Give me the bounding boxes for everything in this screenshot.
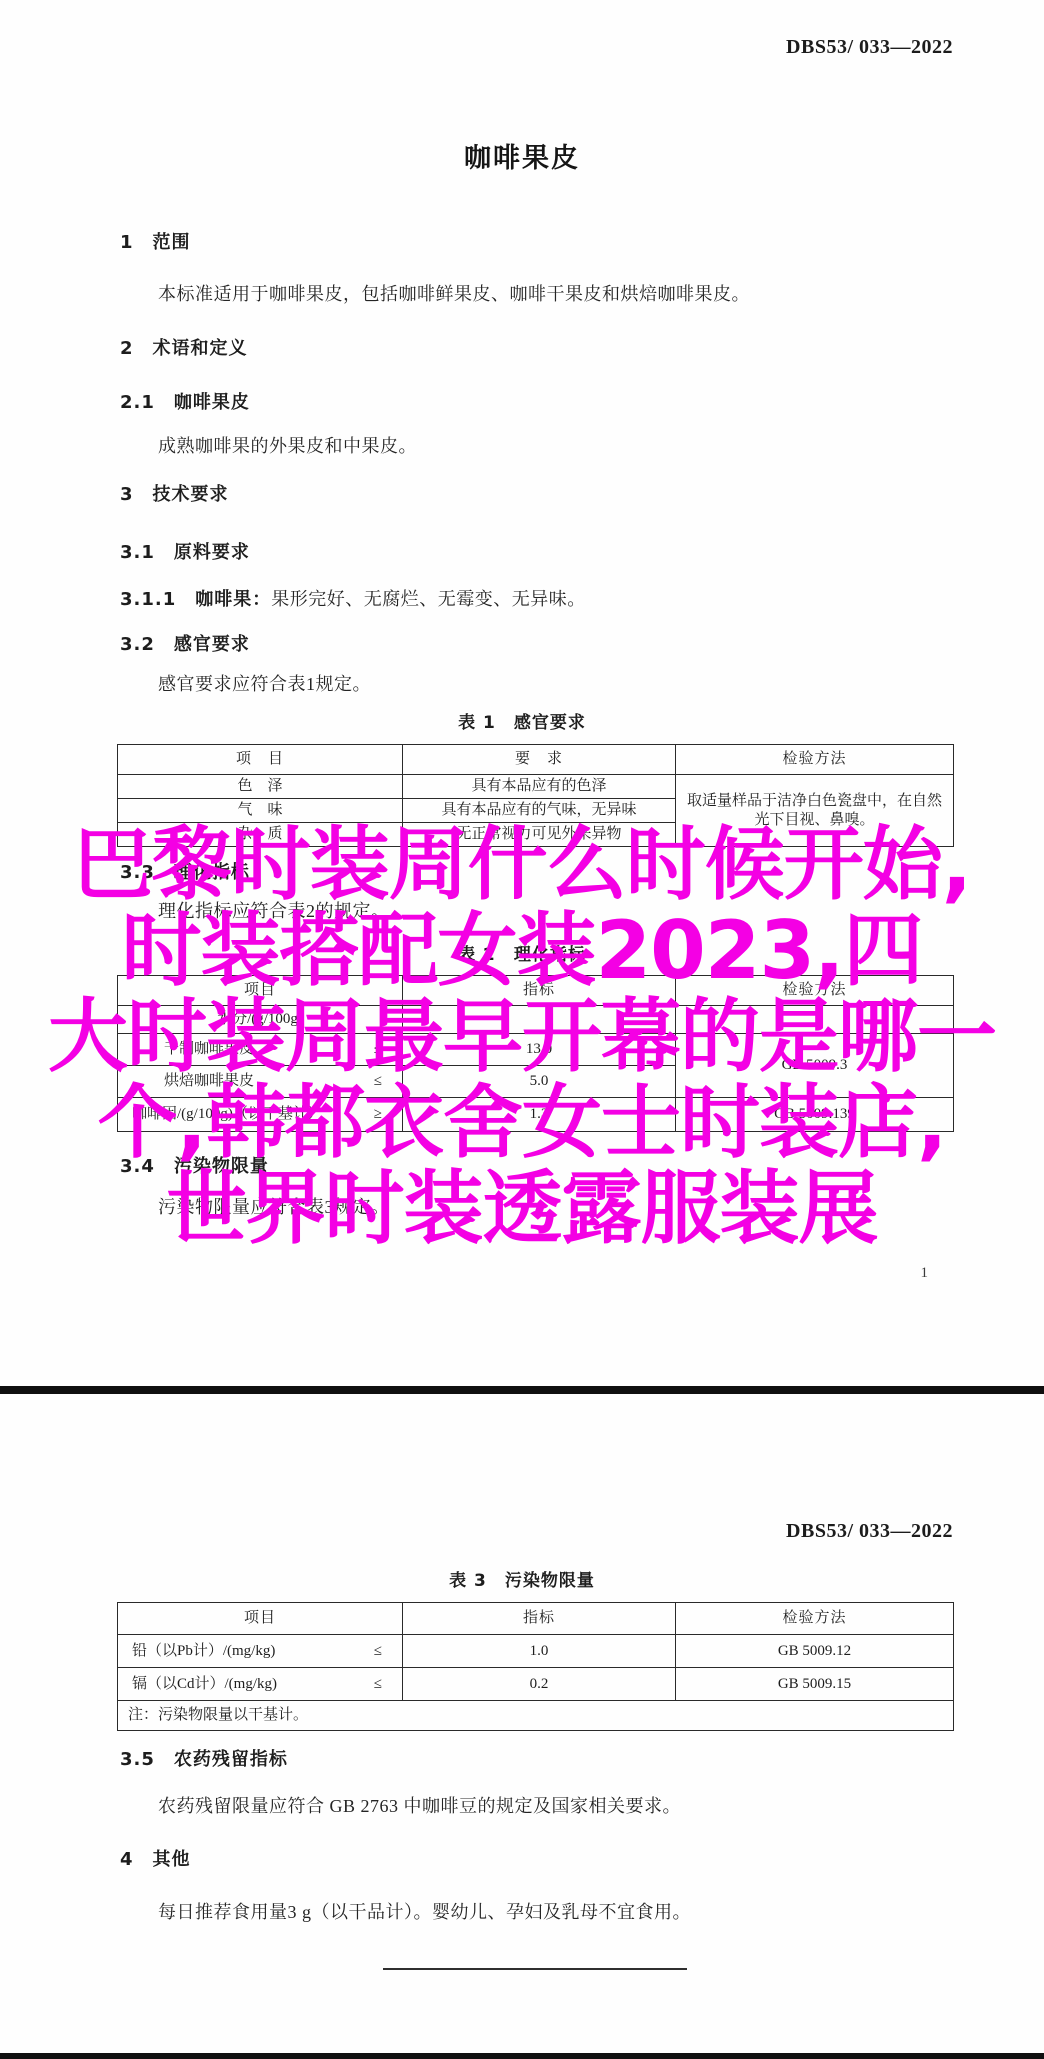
- overlay-line-4: 个,韩都衣舍女士时装店,: [0, 1080, 1044, 1166]
- table-row: 项目 指标 检验方法: [118, 1603, 954, 1635]
- paragraph-other: 每日推荐食用量3 g（以干品计）。婴幼儿、孕妇及乳母不宜食用。: [158, 1898, 691, 1924]
- table1-header-item: 项 目: [118, 745, 403, 775]
- heading-scope: 1 范围: [120, 228, 191, 254]
- table3-cell-cadmium-value: 0.2: [403, 1668, 676, 1701]
- paragraph-scope: 本标准适用于咖啡果皮，包括咖啡鲜果皮、咖啡干果皮和烘焙咖啡果皮。: [158, 280, 750, 306]
- table3-cell-lead-value: 1.0: [403, 1635, 676, 1668]
- table3-note: 注：污染物限量以干基计。: [118, 1701, 954, 1731]
- overlay-line-2: 时装搭配女装2023,四: [0, 908, 1044, 994]
- paragraph-raw-material: 3.1.1 咖啡果：果形完好、无腐烂、无霉变、无异味。: [120, 585, 586, 611]
- paragraph-term-definition: 成熟咖啡果的外果皮和中果皮。: [158, 432, 417, 458]
- heading-sensory: 3.2 感官要求: [120, 630, 250, 656]
- table3-header-method: 检验方法: [676, 1603, 954, 1635]
- heading-raw-material: 3.1 原料要求: [120, 538, 250, 564]
- table3-cadmium-label: 镉（以Cd计）/(mg/kg): [124, 1675, 277, 1694]
- table-contaminant-limits: 项目 指标 检验方法 铅（以Pb计）/(mg/kg) ≤ 1.0 GB 5009…: [117, 1602, 954, 1731]
- table-row: 铅（以Pb计）/(mg/kg) ≤ 1.0 GB 5009.12: [118, 1635, 954, 1668]
- table1-header-method: 检验方法: [676, 745, 954, 775]
- overlay-line-5: 世界时装透露服装展: [0, 1166, 1044, 1252]
- document-end-rule: [383, 1968, 687, 1970]
- page-divider-bar: [0, 1386, 1044, 1394]
- overlay-spam-text: 巴黎时装周什么时候开始, 时装搭配女装2023,四 大时装周最早开幕的是哪一 个…: [0, 822, 1044, 1252]
- table1-cell-color-item: 色 泽: [118, 775, 403, 799]
- table3-cell-cadmium-method: GB 5009.15: [676, 1668, 954, 1701]
- page-title: 咖啡果皮: [0, 136, 1044, 175]
- page-number: 1: [921, 1265, 929, 1282]
- table1-cell-color-req: 具有本品应有的色泽: [403, 775, 676, 799]
- table1-header-requirement: 要 求: [403, 745, 676, 775]
- table3-header-indicator: 指标: [403, 1603, 676, 1635]
- table3-lead-label: 铅（以Pb计）/(mg/kg): [124, 1642, 275, 1661]
- doc-code-page2: DBS53/ 033—2022: [786, 1520, 953, 1543]
- paragraph-pesticide-residue: 农药残留限量应符合 GB 2763 中咖啡豆的规定及国家相关要求。: [158, 1792, 681, 1818]
- overlay-line-1: 巴黎时装周什么时候开始,: [0, 822, 1044, 908]
- heading-technical-requirements: 3 技术要求: [120, 480, 229, 506]
- table3-cell-cadmium-item: 镉（以Cd计）/(mg/kg) ≤: [118, 1668, 403, 1701]
- table3-lead-operator: ≤: [374, 1642, 396, 1661]
- paragraph-sensory: 感官要求应符合表1规定。: [158, 670, 371, 696]
- overlay-line-3: 大时装周最早开幕的是哪一: [0, 994, 1044, 1080]
- table-row: 注：污染物限量以干基计。: [118, 1701, 954, 1731]
- heading-term-coffee-peel: 2.1 咖啡果皮: [120, 388, 250, 414]
- table1-method-line1: 取适量样品于洁净白色瓷盘中，在自然: [682, 792, 947, 811]
- heading-other: 4 其他: [120, 1845, 191, 1871]
- table3-cell-lead-method: GB 5009.12: [676, 1635, 954, 1668]
- heading-pesticide-residue: 3.5 农药残留指标: [120, 1745, 288, 1771]
- table-row: 色 泽 具有本品应有的色泽 取适量样品于洁净白色瓷盘中，在自然 光下目视、鼻嗅。: [118, 775, 954, 799]
- table-row: 项 目 要 求 检验方法: [118, 745, 954, 775]
- table3-header-item: 项目: [118, 1603, 403, 1635]
- table3-caption: 表 3 污染物限量: [0, 1566, 1044, 1591]
- doc-code-page1: DBS53/ 033—2022: [786, 36, 953, 59]
- raw-material-clause-number: 3.1.1 咖啡果：: [120, 589, 271, 610]
- bottom-edge-bar: [0, 2053, 1044, 2059]
- table-row: 镉（以Cd计）/(mg/kg) ≤ 0.2 GB 5009.15: [118, 1668, 954, 1701]
- heading-terms: 2 术语和定义: [120, 334, 248, 360]
- table3-cell-lead-item: 铅（以Pb计）/(mg/kg) ≤: [118, 1635, 403, 1668]
- table3-cadmium-operator: ≤: [374, 1675, 396, 1694]
- table1-caption: 表 1 感官要求: [0, 708, 1044, 733]
- raw-material-clause-text: 果形完好、无腐烂、无霉变、无异味。: [271, 589, 586, 609]
- document-scan-page: DBS53/ 033—2022 咖啡果皮 1 范围 本标准适用于咖啡果皮，包括咖…: [0, 0, 1044, 2059]
